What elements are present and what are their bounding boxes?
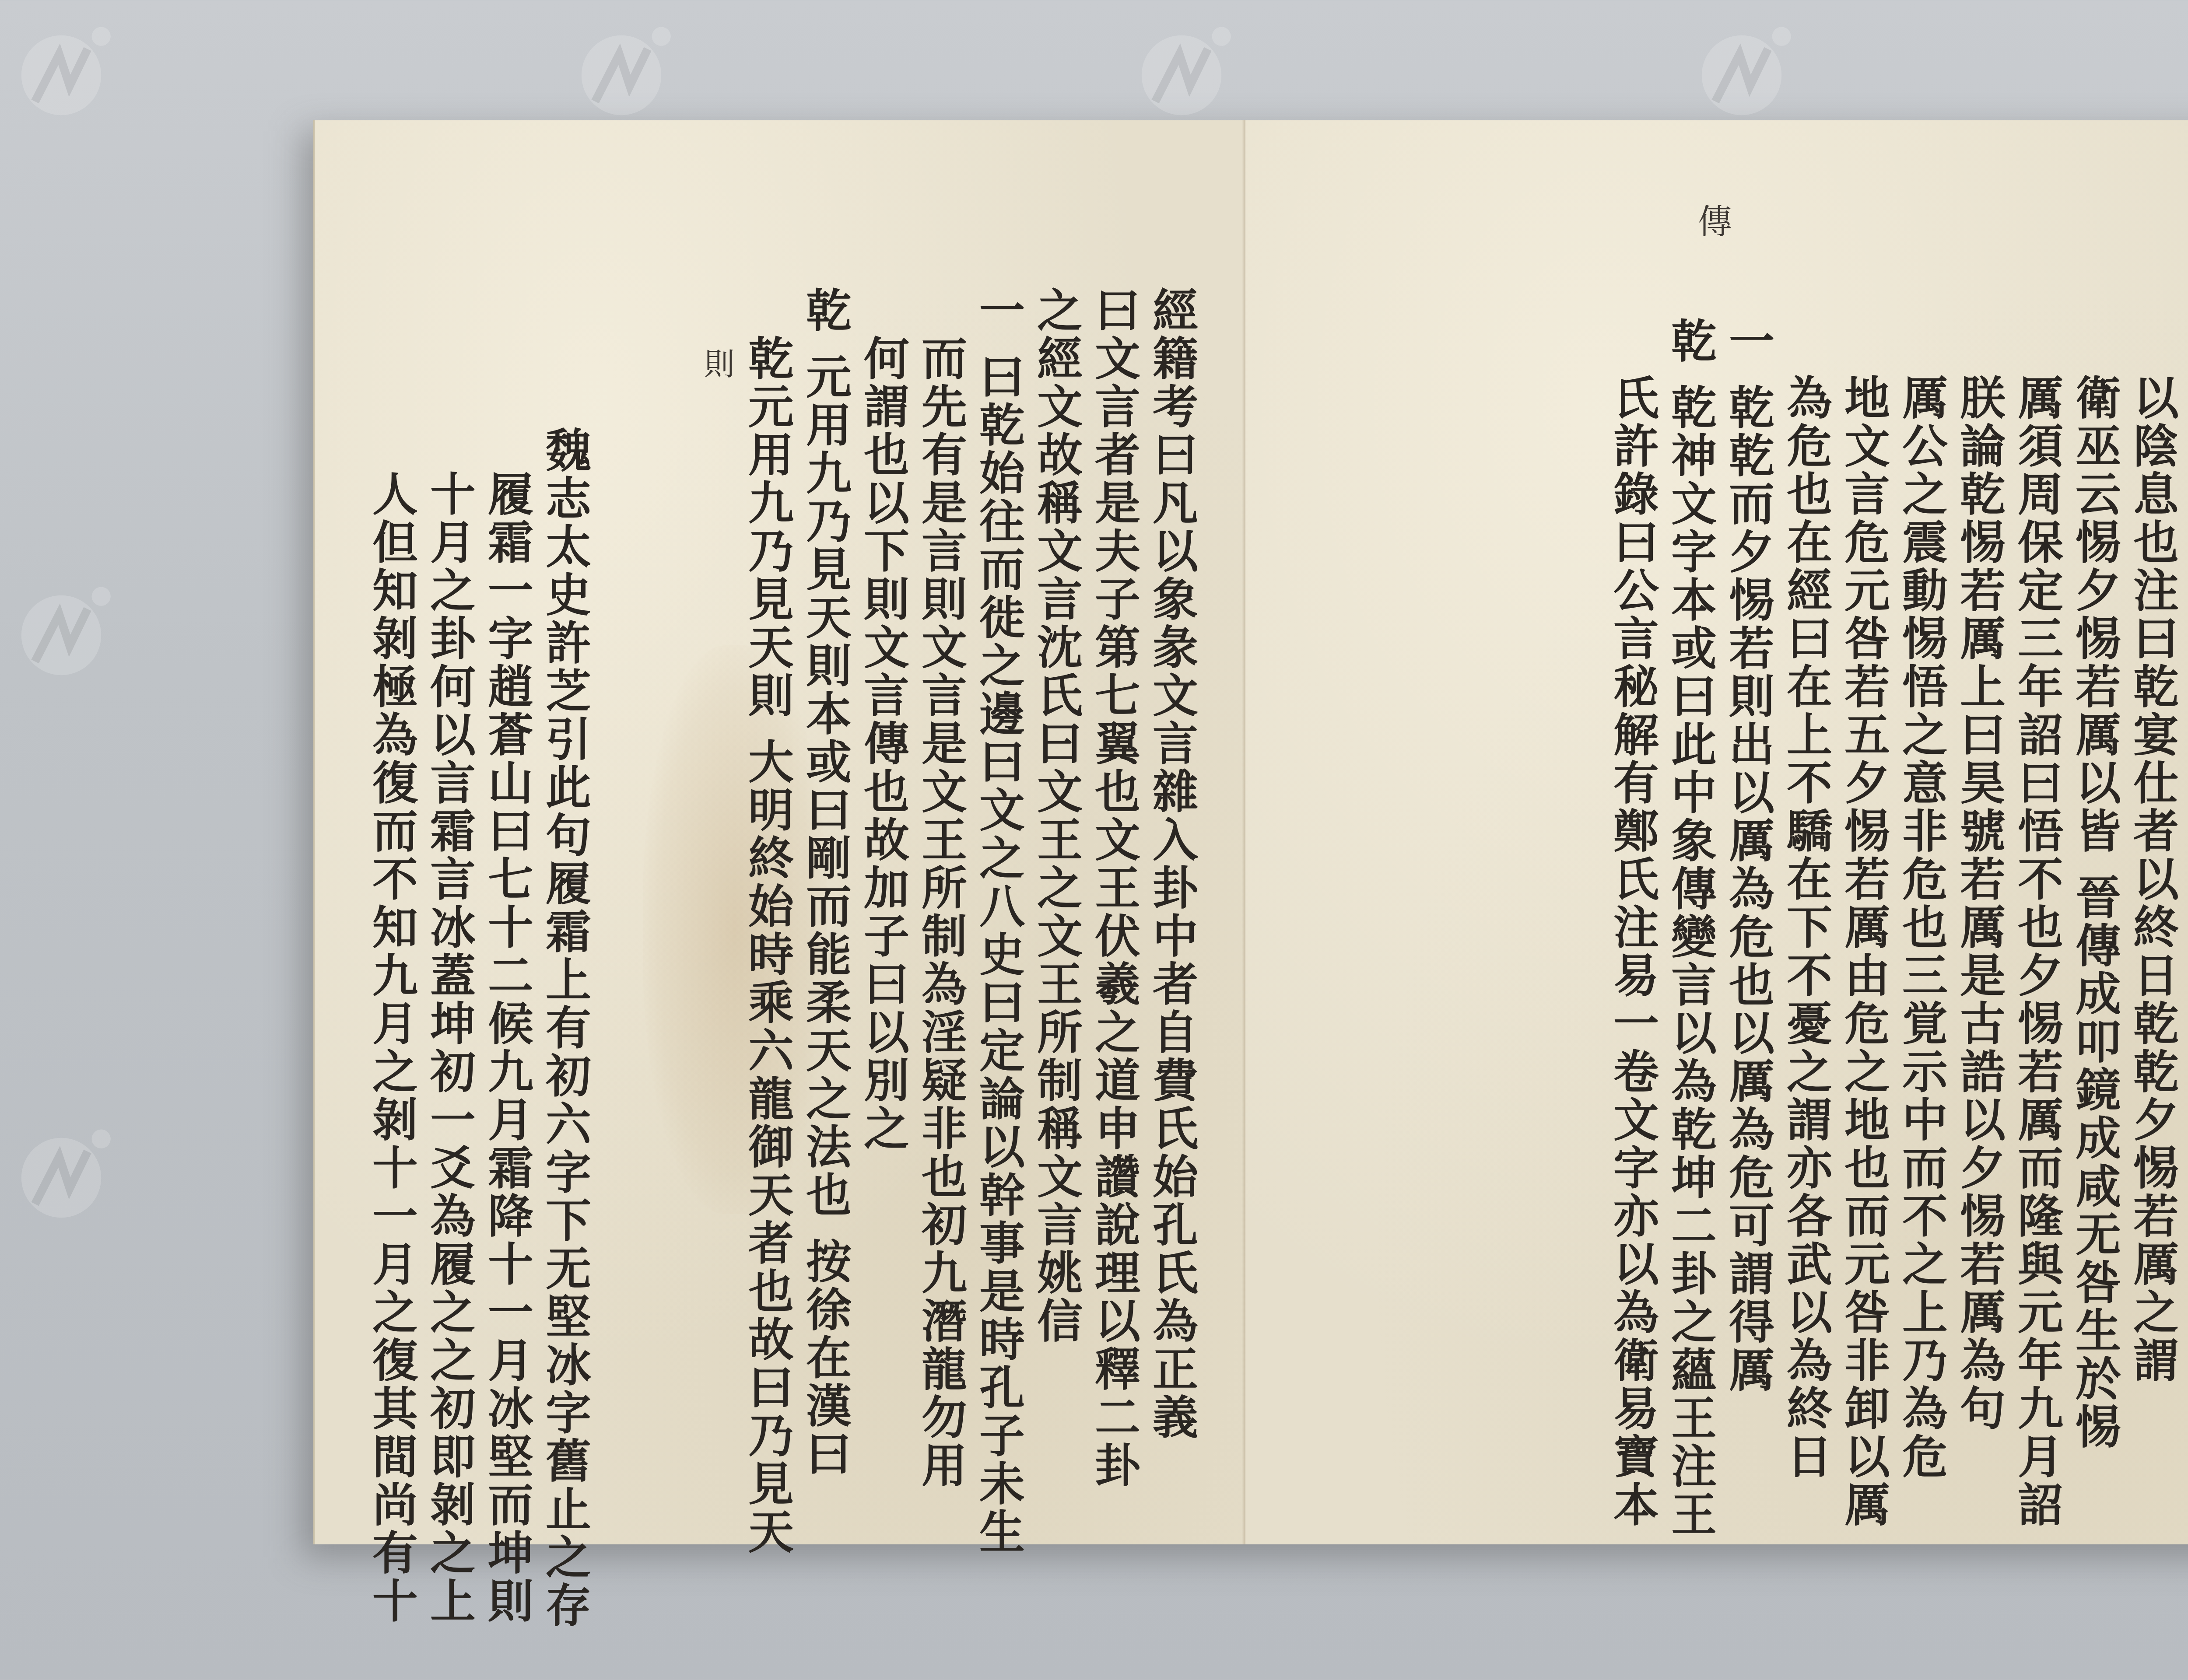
text-column: 以陰息也注曰乾宴仕者以終日乾乾夕惕若厲之謂 (2117, 269, 2175, 1539)
text-column: 夕惕若厲 王弼注曰不夕惕者厲也注寧人罰夕惕若厲 (2175, 269, 2188, 1539)
text-column: 厲公之震動惕悟之意非危也三覚示中而不之上乃為危 (1886, 269, 1944, 1539)
text-column: 衛巫云惕夕惕若厲以皆 晉傳成叩鏡成咸无咎生於惕 (2059, 269, 2117, 1539)
page-header-label: 傳 (1687, 203, 1736, 238)
annotation-column: 魏志太史許芝引此句履霜上有初六字下无堅冰字舊止之存 (529, 427, 587, 1630)
left-page-annotation-text: 魏志太史許芝引此句履霜上有初六字下无堅冰字舊止之存 履霜一字趙蒼山曰七十二候九月… (356, 427, 587, 1630)
text-column: 則 (688, 287, 732, 1556)
text-column: 乾元用九乃見天則 大明終始時乘六龍御天者也故曰乃見天 (732, 287, 790, 1556)
text-column: 曰文言者是夫子第七翼也文王伏羲之道申讚說理以釋二卦 (1079, 287, 1136, 1556)
text-column: 一 乾乾而夕惕若則出以厲為危也以厲為危可謂得厲 (1713, 269, 1771, 1539)
watermark-logo-icon (1129, 17, 1234, 122)
left-page-main-text: 經籍考曰凡以象彖文言雜入卦中者自費氏始孔氏為正義 曰文言者是夫子第七翼也文王伏羲… (688, 287, 1194, 1556)
text-column: 朕論乾惕若厲上曰昊號若厲是古誥以夕惕若厲為句 (1944, 269, 2002, 1539)
right-page-main-text: 許大有字程傳曰元有大者也或有元亨者卦大有盈升 也是元之訓大不始采于元為見非之殊也… (1597, 269, 2188, 1539)
text-column: 乾 元用九乃見天則本或曰剛而能柔天之法也 按徐在漢曰 (790, 287, 848, 1556)
annotation-column: 人但知剝極為復而不知九月之剝十一月之復其間尚有十 (356, 427, 414, 1630)
text-column: 地文言危元咎若五夕惕若厲由危之地也而元咎非卸以厲 (1828, 269, 1886, 1539)
text-column: 為危也在經曰在上不驕在下不憂之謂亦各武以為終日 (1771, 269, 1828, 1539)
watermark-logo-icon (9, 577, 114, 682)
text-column: 乾 乾神文字本或曰此中象傳變言以為乾坤二卦之蘊王注王 (1655, 269, 1713, 1539)
text-column: 氏許錄曰公言秘解有鄭氏注易一卷文字亦以為衛易寶本 (1597, 269, 1655, 1539)
text-column: 之經文故稱文言沈氏曰文王之文王所制稱文言姚信 (1021, 287, 1079, 1556)
left-page: 經籍考曰凡以象彖文言雜入卦中者自費氏始孔氏為正義 曰文言者是夫子第七翼也文王伏羲… (313, 120, 1247, 1544)
text-column: 一 曰乾始往而徙之邊曰文之八史曰定論以幹事是時孔子未生 (963, 287, 1021, 1556)
watermark-logo-icon (1689, 17, 1794, 122)
text-column: 何謂也以下則文言傳也故加子曰以別之 (848, 287, 905, 1556)
watermark-logo-icon (569, 17, 674, 122)
watermark-logo-icon (9, 1120, 114, 1225)
text-column: 經籍考曰凡以象彖文言雜入卦中者自費氏始孔氏為正義 (1136, 287, 1194, 1556)
annotation-column: 履霜一字趙蒼山曰七十二候九月霜降十一月冰堅而坤則 (472, 427, 529, 1630)
text-column: 厲須周保定三年詔曰悟不也夕惕若厲而隆與元年九月詔 (2002, 269, 2059, 1539)
text-column: 而先有是言則文言是文王所制為淫疑非也初九潛龍勿用 (905, 287, 963, 1556)
annotation-column: 十月之卦何以言霜言冰蓋坤初一爻為履之之初即剝之上 (414, 427, 472, 1630)
open-book: 經籍考曰凡以象彖文言雜入卦中者自費氏始孔氏為正義 曰文言者是夫子第七翼也文王伏羲… (313, 120, 2188, 1544)
right-page: 傳 許大有字程傳曰元有大者也或有元亨者卦大有盈升 也是元之訓大不始采于元為見非之… (1245, 120, 2188, 1544)
watermark-logo-icon (9, 17, 114, 122)
